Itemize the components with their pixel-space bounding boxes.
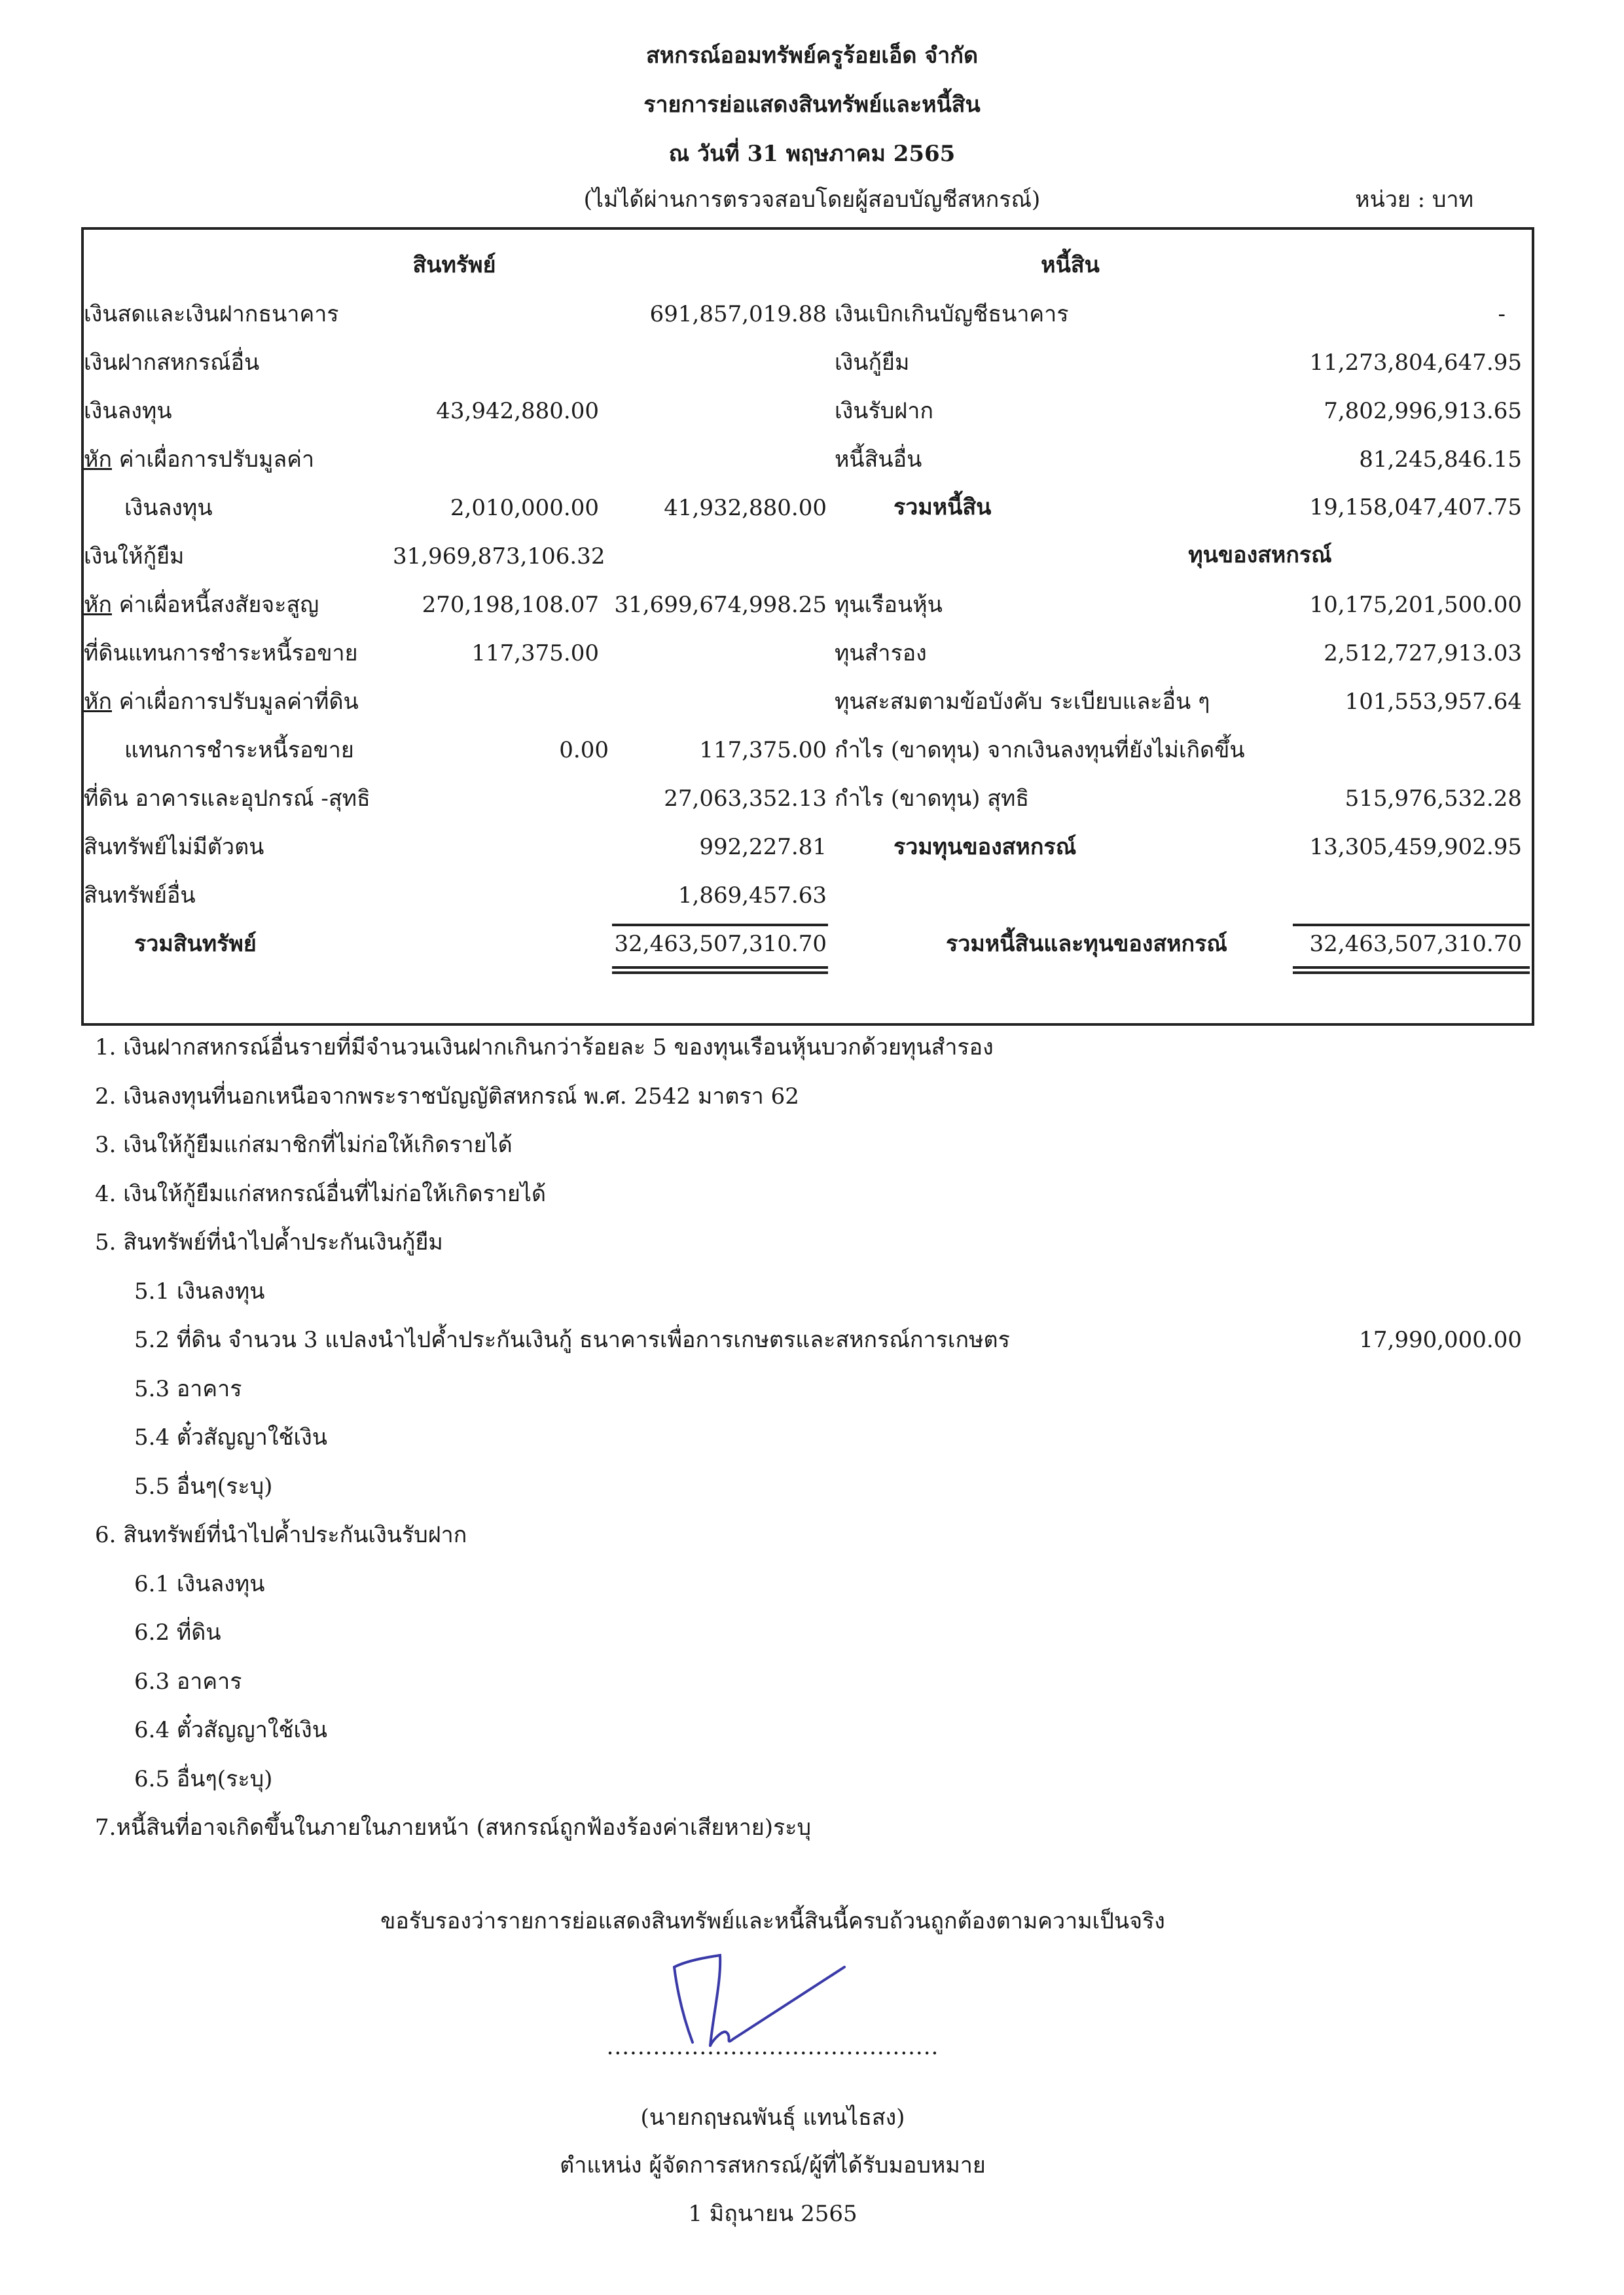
note-item: 5.1 เงินลงทุน — [134, 1277, 264, 1306]
asset-label-text: ค่าเผื่อการปรับมูลค่า — [112, 446, 314, 473]
asset-total-double-rule — [612, 966, 828, 974]
equity-row-label: ทุนสะสมตามข้อบังคับ ระเบียบและอื่น ๆ — [835, 687, 1210, 716]
signer-name: (นายกฤษณพันธุ์ แทนไธสง) — [0, 2103, 1585, 2132]
asset-row-value: 117,375.00 — [612, 736, 827, 765]
total-equity-value: 13,305,459,902.95 — [1244, 833, 1522, 861]
asset-row-label: สินทรัพย์อื่น — [84, 881, 196, 910]
deduct-prefix: หัก — [84, 446, 112, 473]
note-item: 5. สินทรัพย์ที่นำไปค้ำประกันเงินกู้ยืม — [95, 1228, 443, 1257]
asset-label-text: ที่ดินแทนการชำระหนี้รอขาย — [84, 640, 358, 666]
asset-label-text: เงินลงทุน — [124, 495, 213, 521]
liability-row-value: - — [1244, 300, 1506, 329]
asset-row-label: หัก ค่าเผื่อการปรับมูลค่าที่ดิน — [84, 687, 359, 716]
total-equity-label: รวมทุนของสหกรณ์ — [893, 833, 1076, 861]
note-item: 4. เงินให้กู้ยืมแก่สหกรณ์อื่นที่ไม่ก่อให… — [95, 1180, 546, 1208]
liability-row-label: เงินเบิกเกินบัญชีธนาคาร — [835, 300, 1069, 329]
note-item: 3. เงินให้กู้ยืมแก่สมาชิกที่ไม่ก่อให้เกิ… — [95, 1130, 513, 1159]
note-item: 6. สินทรัพย์ที่นำไปค้ำประกันเงินรับฝาก — [95, 1521, 467, 1549]
asset-row-value: 1,869,457.63 — [612, 881, 827, 910]
equity-row-label: ทุนสำรอง — [835, 639, 927, 668]
note-item: 2. เงินลงทุนที่นอกเหนือจากพระราชบัญญัติส… — [95, 1082, 799, 1111]
total-assets-label: รวมสินทรัพย์ — [134, 930, 257, 958]
equity-row-value: 2,512,727,913.03 — [1244, 639, 1522, 668]
liability-row-value: 81,245,846.15 — [1244, 445, 1522, 474]
note-item: 1. เงินฝากสหกรณ์อื่นรายที่มีจำนวนเงินฝาก… — [95, 1033, 994, 1062]
unit-label: หน่วย : บาท — [1355, 185, 1473, 214]
total-assets-value: 32,463,507,310.70 — [612, 930, 827, 958]
asset-row-subvalue: 117,375.00 — [393, 639, 599, 668]
note-item: 6.5 อื่นๆ(ระบุ) — [134, 1765, 272, 1794]
asset-row-label: เงินสดและเงินฝากธนาคาร — [84, 300, 339, 329]
asset-row-value: 27,063,352.13 — [612, 784, 827, 813]
deduct-prefix: หัก — [84, 689, 112, 715]
note-item-value: 17,990,000.00 — [1244, 1326, 1522, 1354]
asset-subtotal-rule — [612, 924, 828, 926]
asset-row-label: หัก ค่าเผื่อหนี้สงสัยจะสูญ — [84, 590, 319, 619]
asset-label-text: ที่ดิน อาคารและอุปกรณ์ -สุทธิ — [84, 786, 370, 812]
organization-name: สหกรณ์ออมทรัพย์ครูร้อยเอ็ด จำกัด — [0, 41, 1624, 70]
note-item: 6.1 เงินลงทุน — [134, 1570, 264, 1599]
signature-line: ........................................… — [0, 2033, 1585, 2061]
asset-label-text: แทนการชำระหนี้รอขาย — [124, 737, 354, 763]
signer-position: ตำแหน่ง ผู้จัดการสหกรณ์/ผู้ที่ได้รับมอบห… — [0, 2151, 1585, 2180]
asset-row-subvalue: 270,198,108.07 — [393, 590, 599, 619]
grand-subtotal-rule — [1293, 924, 1530, 926]
equity-row-value: 10,175,201,500.00 — [1244, 590, 1522, 619]
equity-row-value: 515,976,532.28 — [1244, 784, 1522, 813]
asset-row-subvalue: 43,942,880.00 — [393, 397, 599, 425]
asset-label-text: สินทรัพย์อื่น — [84, 882, 196, 909]
asset-label-text: เงินฝากสหกรณ์อื่น — [84, 350, 259, 376]
deduct-prefix: หัก — [84, 592, 112, 618]
asset-row-label: เงินลงทุน — [84, 397, 172, 425]
asset-row-label: หัก ค่าเผื่อการปรับมูลค่า — [84, 445, 314, 474]
note-item: 5.4 ตั๋วสัญญาใช้เงิน — [134, 1423, 327, 1452]
liability-row-label: เงินรับฝาก — [835, 397, 933, 425]
liability-row-value: 11,273,804,647.95 — [1244, 348, 1522, 377]
grand-total-value: 32,463,507,310.70 — [1244, 930, 1522, 958]
asset-row-subvalue: 0.00 — [393, 736, 609, 765]
liabilities-heading: หนี้สิน — [831, 251, 1309, 280]
asset-row-value: 691,857,019.88 — [612, 300, 827, 329]
asset-row-subvalue: 31,969,873,106.32 — [393, 542, 599, 571]
asset-row-value: 41,932,880.00 — [612, 494, 827, 522]
liability-row-label: เงินกู้ยืม — [835, 348, 909, 377]
grand-total-label: รวมหนี้สินและทุนของสหกรณ์ — [946, 930, 1227, 958]
equity-row-label: ทุนเรือนหุ้น — [835, 590, 943, 619]
asset-row-label: ที่ดิน อาคารและอุปกรณ์ -สุทธิ — [84, 784, 370, 813]
asset-row-label: เงินฝากสหกรณ์อื่น — [84, 348, 259, 377]
asset-label-text: สินทรัพย์ไม่มีตัวตน — [84, 834, 264, 860]
equity-row-label: กำไร (ขาดทุน) จากเงินลงทุนที่ยังไม่เกิดข… — [835, 736, 1245, 765]
asset-row-label: สินทรัพย์ไม่มีตัวตน — [84, 833, 264, 861]
note-item: 5.3 อาคาร — [134, 1375, 242, 1403]
liability-row-label: หนี้สินอื่น — [835, 445, 922, 474]
asset-row-label: ที่ดินแทนการชำระหนี้รอขาย — [84, 639, 358, 668]
assets-heading: สินทรัพย์ — [81, 251, 827, 280]
asset-label-text: เงินให้กู้ยืม — [84, 543, 184, 569]
equity-heading: ทุนของสหกรณ์ — [1047, 541, 1473, 569]
report-title: รายการย่อแสดงสินทรัพย์และหนี้สิน — [0, 90, 1624, 119]
note-item: 6.3 อาคาร — [134, 1667, 242, 1696]
asset-row-subvalue: 2,010,000.00 — [393, 494, 599, 522]
asset-row-label: เงินลงทุน — [124, 494, 213, 522]
note-item: 6.4 ตั๋วสัญญาใช้เงิน — [134, 1716, 327, 1744]
equity-row-value: 101,553,957.64 — [1244, 687, 1522, 716]
asset-label-text: ค่าเผื่อหนี้สงสัยจะสูญ — [112, 592, 319, 618]
total-liabilities-label: รวมหนี้สิน — [893, 493, 991, 522]
total-liabilities-value: 19,158,047,407.75 — [1244, 493, 1522, 522]
asset-label-text: ค่าเผื่อการปรับมูลค่าที่ดิน — [112, 689, 359, 715]
note-item: 6.2 ที่ดิน — [134, 1618, 221, 1647]
asset-row-value: 992,227.81 — [612, 833, 827, 861]
grand-total-double-rule — [1293, 966, 1530, 974]
equity-row-label: กำไร (ขาดทุน) สุทธิ — [835, 784, 1029, 813]
asset-row-label: แทนการชำระหนี้รอขาย — [124, 736, 354, 765]
note-item: 7.หนี้สินที่อาจเกิดขึ้นในภายในภายหน้า (ส… — [95, 1813, 811, 1842]
asset-row-label: เงินให้กู้ยืม — [84, 542, 184, 571]
certification-date: 1 มิถุนายน 2565 — [0, 2199, 1585, 2228]
liability-row-value: 7,802,996,913.65 — [1244, 397, 1522, 425]
certification-statement: ขอรับรองว่ารายการย่อแสดงสินทรัพย์และหนี้… — [0, 1907, 1585, 1936]
as-of-date: ณ วันที่ 31 พฤษภาคม 2565 — [0, 139, 1624, 168]
asset-row-value: 31,699,674,998.25 — [612, 590, 827, 619]
asset-label-text: เงินสดและเงินฝากธนาคาร — [84, 301, 339, 327]
note-item: 5.2 ที่ดิน จำนวน 3 แปลงนำไปค้ำประกันเงิน… — [134, 1326, 1010, 1354]
asset-label-text: เงินลงทุน — [84, 398, 172, 424]
note-item: 5.5 อื่นๆ(ระบุ) — [134, 1472, 272, 1501]
